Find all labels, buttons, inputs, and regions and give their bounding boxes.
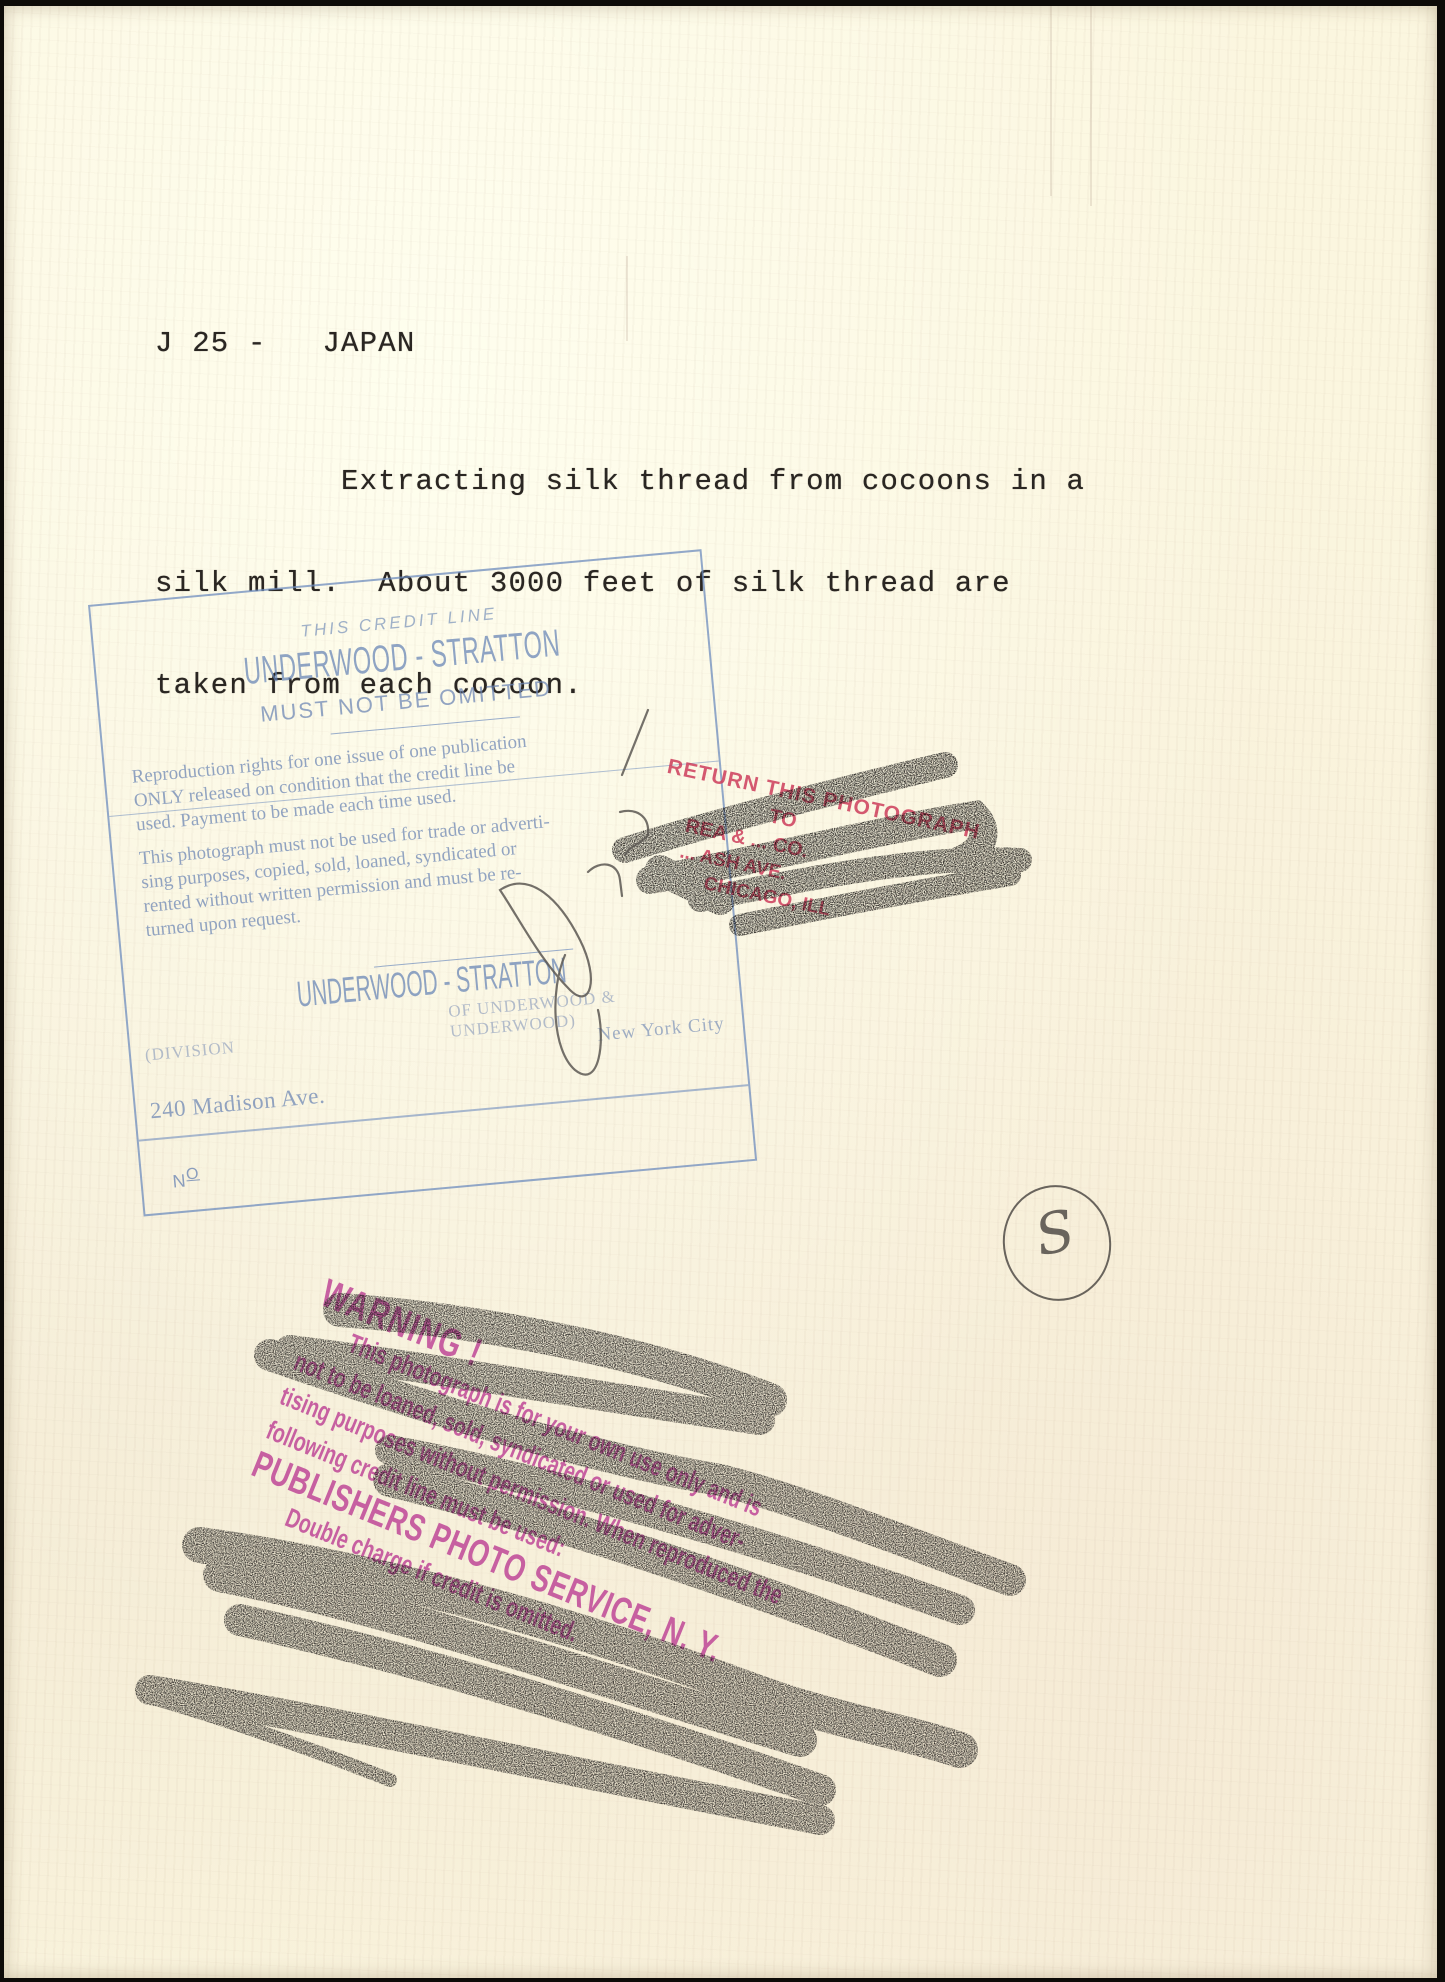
crease-mark [1050,6,1052,196]
credit-stamp-division: (DIVISION [144,1038,236,1066]
credit-stamp-address: 240 Madison Ave. [149,1083,326,1125]
crease-mark [626,256,628,341]
crease-mark [1090,6,1092,206]
divider [331,716,520,734]
caption-line: Extracting silk thread from cocoons in a [155,465,1195,499]
caption-heading: J 25 - JAPAN [155,327,415,361]
caption-code: J 25 - [155,327,267,360]
circled-letter: S [997,1191,1112,1276]
caption-country: JAPAN [322,327,415,360]
credit-stamp-terms: Reproduction rights for one issue of one… [131,714,715,943]
credit-stamp-number: NO [171,1165,201,1192]
